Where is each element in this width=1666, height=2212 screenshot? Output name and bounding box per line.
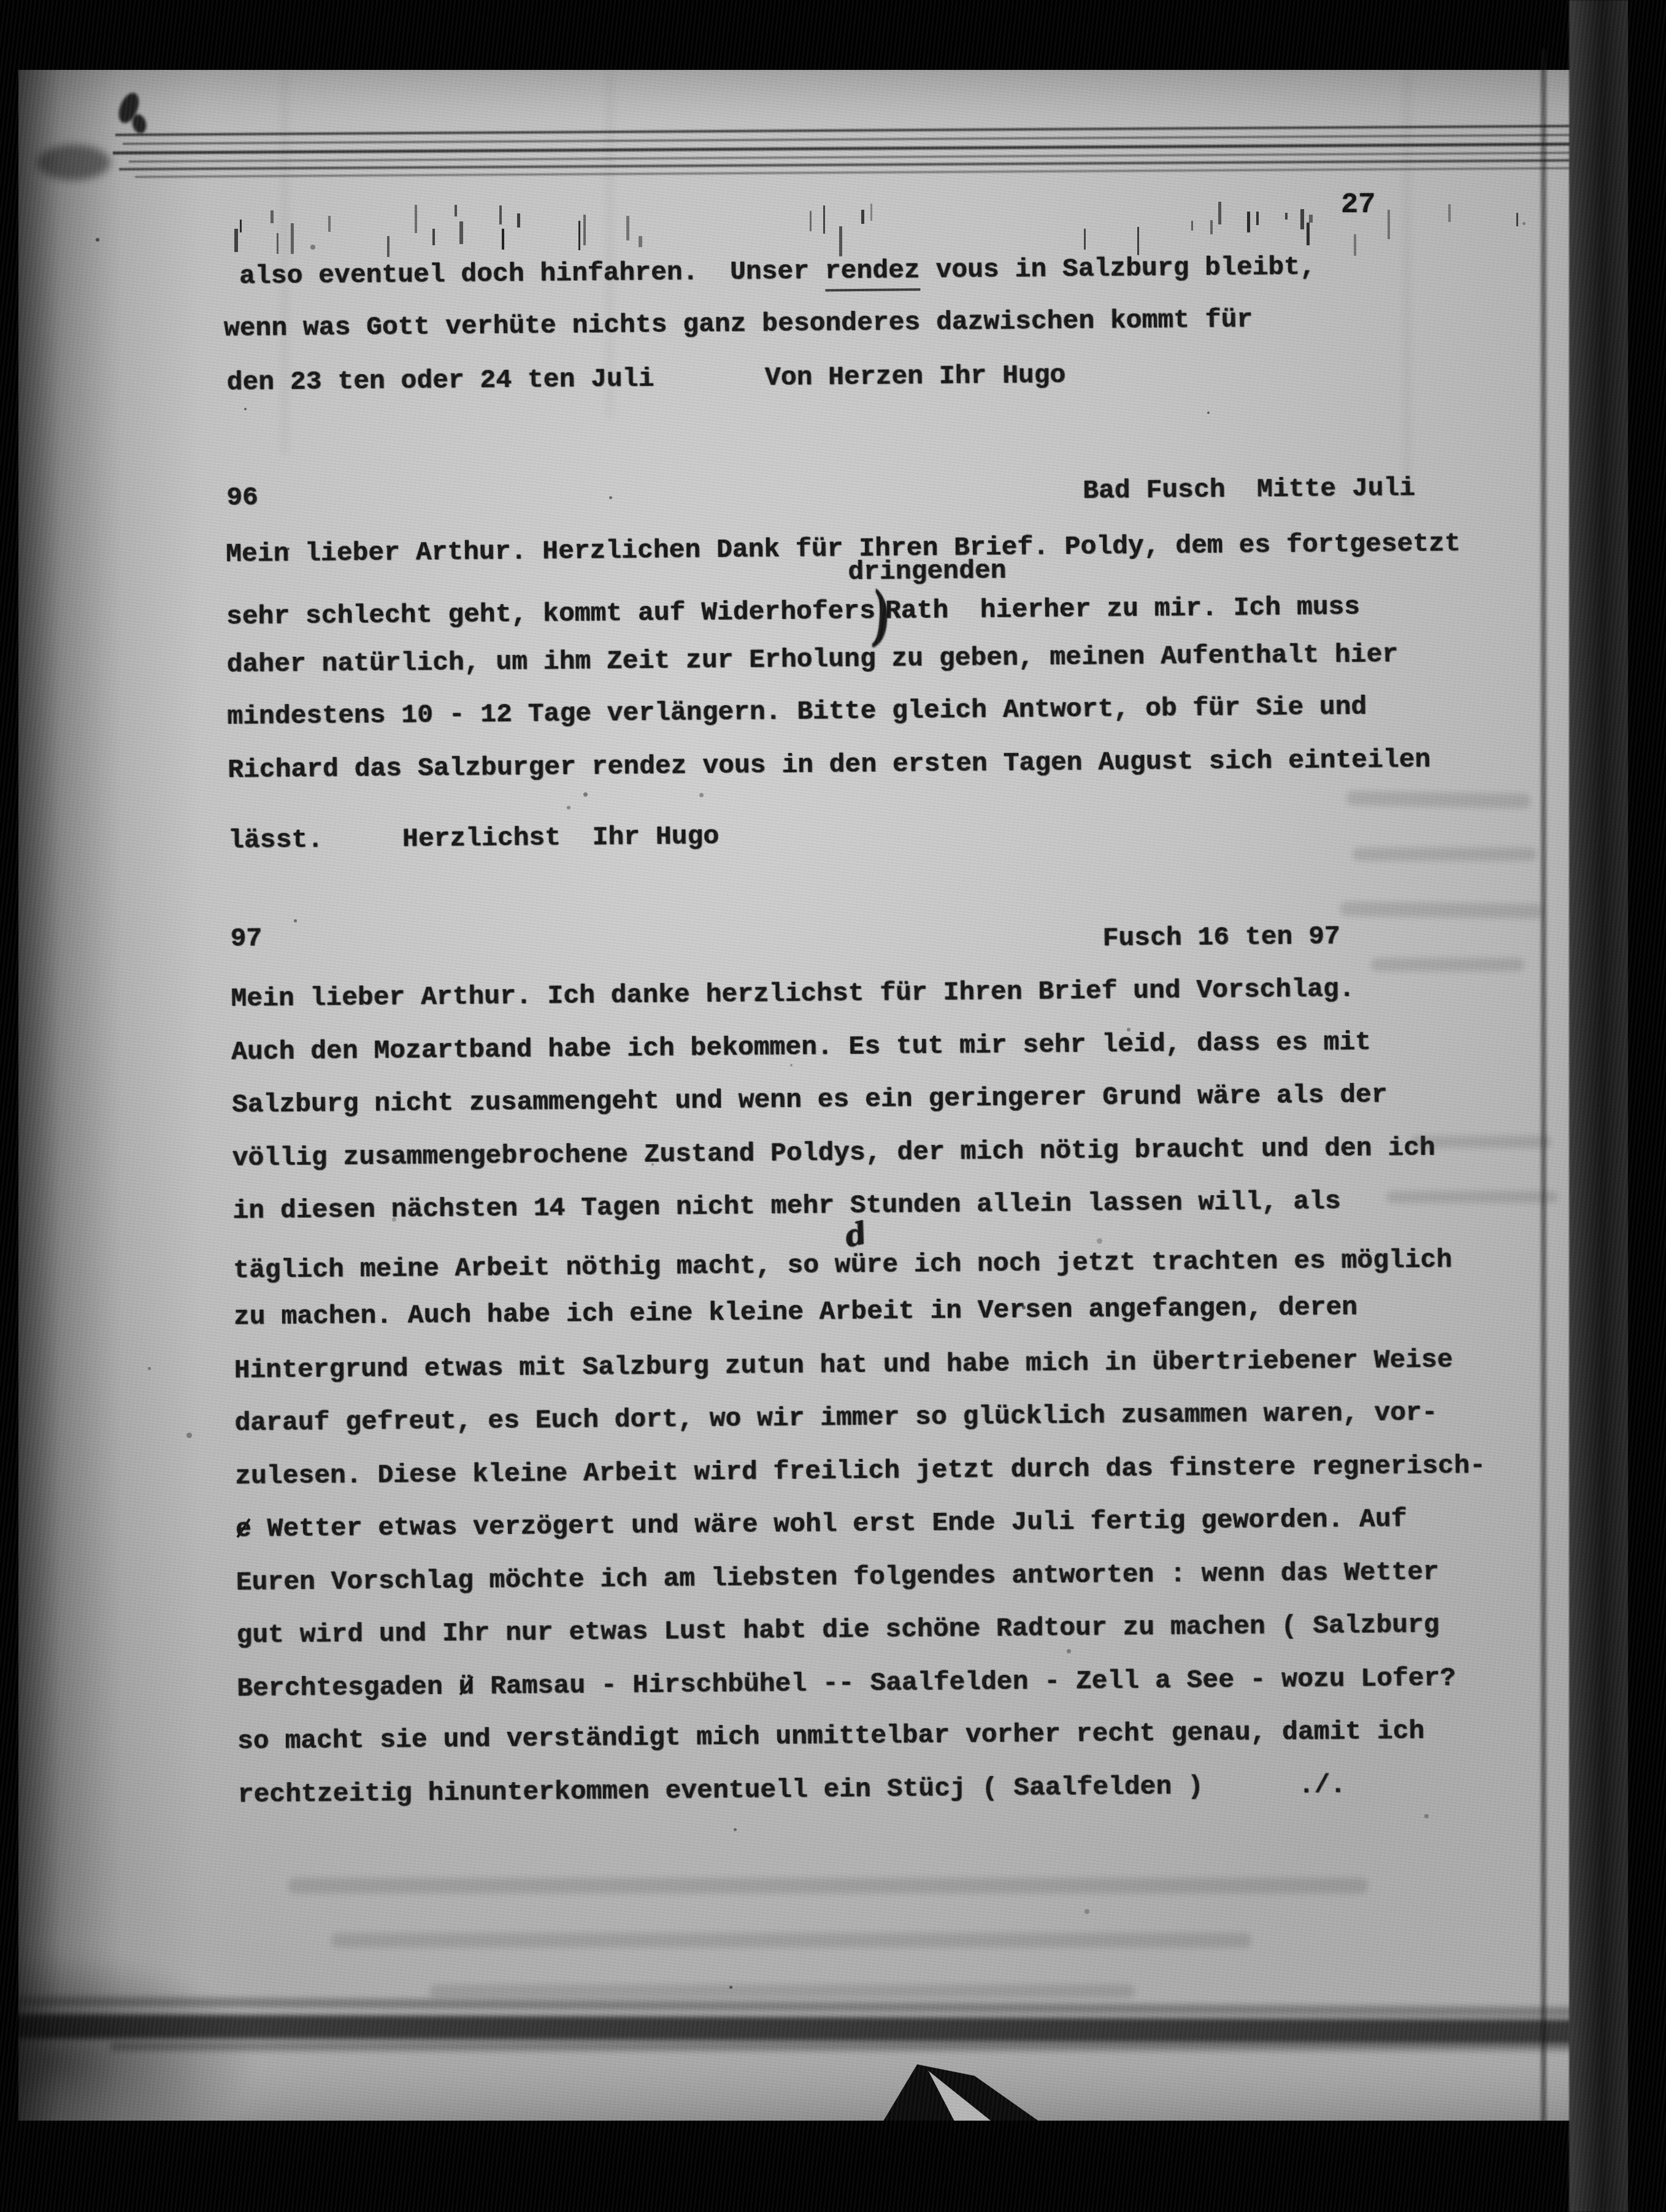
book-spine-edge: [1569, 0, 1629, 2212]
typed-line: rechtzeitig hinunterkommen eventuell ein…: [238, 1770, 1346, 1810]
dust-speck: [1424, 1814, 1429, 1818]
film-scratch-tick: [1084, 229, 1086, 250]
film-scratch-tick: [234, 229, 238, 252]
dust-speck: [310, 245, 315, 250]
dust-speck: [96, 238, 99, 242]
typed-line: Mein lieber Arthur. Herzlichen Dank für …: [226, 528, 1461, 569]
typed-line: in diesen nächsten 14 Tagen nicht mehr S…: [232, 1186, 1341, 1226]
film-scratch-tick: [499, 205, 502, 224]
film-scratch-tick: [1388, 210, 1390, 239]
dust-speck: [247, 1688, 249, 1690]
typed-line: täglich meine Arbeit nöthig macht, so wd…: [233, 1239, 1452, 1286]
film-border-right: [1628, 0, 1666, 2212]
letter-97-dateline: Fusch 16 ten 97: [1102, 921, 1340, 954]
dust-speck: [1522, 222, 1526, 225]
typed-line: den 23 ten oder 24 ten Juli Von Herzen I…: [226, 360, 1065, 397]
film-scratch-tick: [583, 215, 586, 245]
film-scratch-tick: [839, 226, 842, 256]
film-border-bottom: [0, 2121, 1666, 2212]
film-scratch-tick: [639, 236, 642, 247]
typed-insert-dringenden: dringenden: [848, 556, 1006, 587]
typed-line: sehr schlecht geht, kommt auf Widerhofer…: [226, 586, 1361, 632]
dust-speck: [651, 1163, 654, 1166]
letter-97-number: 97: [230, 924, 262, 954]
typed-line: Mein lieber Arthur. Ich danke herzlichst…: [231, 974, 1354, 1014]
film-scratch-tick: [1448, 204, 1451, 222]
film-scratch-tick: [1309, 215, 1313, 223]
typed-line: zulesen. Diese kleine Arbeit wird freili…: [235, 1450, 1486, 1491]
dust-speck: [1207, 411, 1210, 414]
typed-line: mindestens 10 - 12 Tage verlängern. Bitt…: [227, 692, 1367, 732]
film-scratch-tick: [459, 221, 463, 244]
letter-96-dateline: Bad Fusch Mitte Juli: [1083, 473, 1415, 506]
typed-line: völlig zusammengebrochene Zustand Poldys…: [232, 1133, 1435, 1174]
typed-line: zu machen. Auch habe ich eine kleine Arb…: [234, 1292, 1357, 1332]
film-scratch-tick: [1210, 220, 1213, 234]
typed-line: gut wird und Ihr nur etwas Lust habt die…: [236, 1610, 1439, 1651]
film-scratch-tick: [1191, 221, 1193, 231]
typed-line: Salzburg nicht zusammengeht und wenn es …: [232, 1080, 1388, 1120]
dust-speck: [609, 496, 612, 499]
dust-speck: [572, 1735, 575, 1738]
typed-line: Hintergrund etwas mit Salzburg zutun hat…: [234, 1345, 1453, 1386]
film-scratch-tick: [626, 216, 629, 240]
film-scratch-tick: [1137, 227, 1139, 255]
film-scratch-tick: [277, 233, 278, 254]
dust-speck: [1097, 1238, 1102, 1244]
film-scratch-tick: [1218, 202, 1221, 224]
dust-speck: [287, 548, 290, 550]
film-scratch-tick: [502, 229, 504, 250]
film-scratch-tick: [1247, 212, 1250, 232]
film-scratch-tick: [1300, 209, 1304, 229]
film-scratch-tick: [861, 210, 864, 224]
typed-line: darauf gefreut, es Euch dort, wo wir imm…: [234, 1398, 1437, 1439]
dust-speck: [1067, 1649, 1071, 1653]
letter-96-number: 96: [226, 483, 258, 513]
typed-line: Berchtesgaden ü Ramsau - Hirschbühel -- …: [237, 1663, 1456, 1704]
film-border-left: [0, 0, 18, 2212]
dust-speck: [244, 408, 247, 410]
dust-speck: [583, 792, 588, 797]
dust-speck: [729, 1986, 732, 1989]
film-scratch-tick: [517, 213, 520, 228]
film-scratch-tick: [432, 229, 435, 245]
dust-speck: [790, 1064, 793, 1066]
typed-line: wenn was Gott verhüte nichts ganz besond…: [224, 304, 1253, 343]
film-scratch-tick: [810, 211, 812, 231]
film-scratch-tick: [870, 204, 872, 221]
dust-speck: [1084, 1909, 1089, 1914]
film-border-top: [0, 0, 1666, 70]
page-edge-line: [1541, 49, 1546, 2122]
typed-line: e Wetter etwas verzögert und wäre wohl e…: [236, 1504, 1407, 1544]
film-scratch-tick: [240, 220, 242, 232]
film-scratch-tick: [578, 221, 580, 250]
typed-line: also eventuel doch hinfahren. Unser rend…: [239, 251, 1316, 291]
typed-line: lässt. Herzlichst Ihr Hugo: [228, 821, 719, 855]
film-scratch-tick: [1256, 212, 1259, 225]
film-scratch-tick: [291, 223, 294, 254]
dust-speck: [734, 1828, 737, 1831]
typed-line: Euren Vorschlag möchte ich am liebsten f…: [236, 1557, 1439, 1598]
film-scratch-tick: [823, 205, 825, 234]
film-scratch-tick: [271, 210, 274, 223]
dust-speck: [699, 793, 704, 797]
dust-speck: [567, 806, 570, 809]
film-scratch-tick: [328, 216, 331, 232]
dust-speck: [1127, 1028, 1130, 1031]
dust-speck: [1022, 1306, 1026, 1309]
microfilm-scan-viewport: { "document": { "page_number": "27", "cl…: [0, 0, 1666, 2212]
film-scratch-tick: [1285, 213, 1288, 220]
film-scratch-tick: [455, 205, 457, 216]
dust-speck: [294, 919, 297, 922]
typed-line: daher natürlich, um ihm Zeit zur Erholun…: [226, 639, 1398, 679]
dust-speck: [148, 1367, 151, 1370]
film-scratch-tick: [1354, 234, 1356, 256]
film-scratch-tick: [415, 205, 417, 233]
film-scratch-tick: [1516, 213, 1518, 226]
typed-line: so macht sie und verständigt mich unmitt…: [237, 1716, 1425, 1756]
film-scratch-tick: [387, 236, 390, 257]
dust-speck: [186, 1433, 192, 1438]
dust-speck: [392, 1217, 396, 1222]
typed-line: Richard das Salzburger rendez vous in de…: [228, 744, 1430, 786]
typed-line: Auch den Mozartband habe ich bekommen. E…: [231, 1027, 1371, 1068]
film-scratch-tick: [1307, 223, 1310, 245]
